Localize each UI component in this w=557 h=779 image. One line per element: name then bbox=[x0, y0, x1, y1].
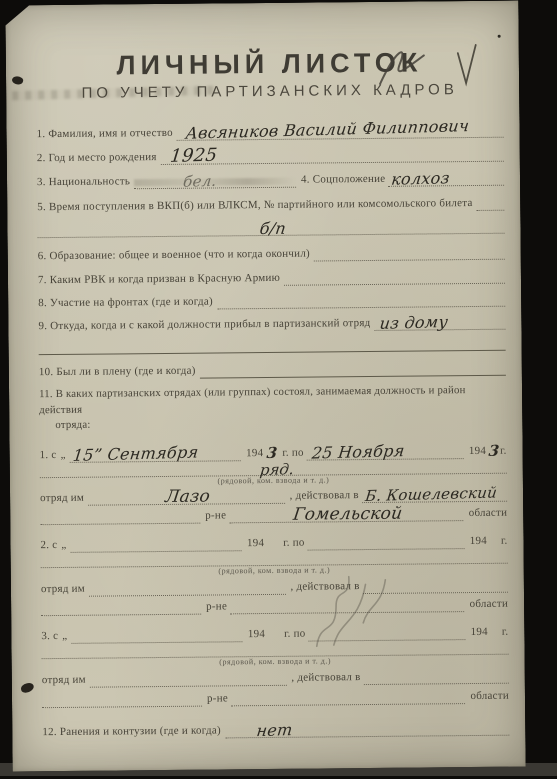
form-item-8: 8. Участие на фронтах (где и когда) bbox=[38, 291, 505, 311]
year-prefix: 194 bbox=[242, 537, 267, 551]
fill-line bbox=[70, 535, 242, 553]
fill-line bbox=[39, 335, 506, 355]
form-item-11: 11. В каких партизанских отрядах (или гр… bbox=[39, 383, 506, 434]
label-wounds: 12. Ранения и контузии (где и когда) bbox=[42, 725, 225, 741]
year-to-label: г. по bbox=[277, 447, 307, 461]
value-wounds: нет bbox=[255, 720, 293, 741]
value-birth-year: 1925 bbox=[169, 144, 218, 168]
label-arrival-origin: 9. Откуда, когда и с какой должности при… bbox=[38, 317, 374, 334]
unit-entry-name-row: отряд им , действовал в bbox=[42, 668, 509, 688]
scan-paper: ЛИЧНЫЙ ЛИСТОК ПО УЧЕТУ ПАРТИЗАНСКИХ КАДР… bbox=[5, 1, 525, 772]
open-quote: „ bbox=[62, 630, 71, 644]
fill-line bbox=[40, 508, 200, 526]
form-item-5-continuation: б/п bbox=[37, 218, 504, 238]
unit-prefix-label: отряд им bbox=[41, 583, 89, 597]
unit-entry-district-row: р-не области bbox=[41, 596, 508, 616]
label-captivity: 10. Был ли в плену (где и когда) bbox=[39, 365, 200, 380]
fill-line: б/п bbox=[37, 218, 504, 238]
fill-line: 1925 bbox=[161, 146, 504, 165]
fill-line bbox=[89, 579, 286, 597]
fill-line bbox=[284, 268, 505, 286]
form-item-6: 6. Образование: общее и военное (что и к… bbox=[38, 244, 505, 264]
unit-prefix-label: отряд им bbox=[40, 492, 88, 506]
fill-line: колхоз bbox=[388, 170, 504, 187]
value-party-status: б/п bbox=[258, 219, 287, 239]
fill-line bbox=[314, 244, 505, 262]
bleed-through-scribble bbox=[296, 559, 437, 650]
open-quote: „ bbox=[60, 449, 69, 463]
fill-line bbox=[231, 688, 466, 706]
open-quote: „ bbox=[61, 539, 70, 553]
fill-line bbox=[217, 291, 505, 310]
value-unit-to-year-digit: 3 bbox=[488, 444, 500, 459]
form-item-1: 1. Фамилия, имя и отчество Авсяников Вас… bbox=[36, 122, 503, 142]
fill-line: 25 Ноября bbox=[307, 443, 464, 461]
region-label: области bbox=[464, 507, 508, 521]
form-item-2: 2. Год и место рождения 1925 bbox=[37, 146, 504, 166]
unit-entry-district-row: р-не Гомельской области bbox=[40, 505, 507, 525]
fill-line: Лазо bbox=[88, 488, 285, 506]
year-end-label: г. bbox=[501, 535, 508, 549]
unit-entry-district-row: р-не области bbox=[42, 688, 509, 708]
label-unit-history-line1: 11. В каких партизанских отрядах (или гр… bbox=[39, 383, 506, 419]
fill-line bbox=[90, 670, 287, 688]
value-unit-from-year-digit: 3 bbox=[266, 446, 278, 461]
form-item-12: 12. Ранения и контузии (где и когда) нет bbox=[42, 718, 509, 740]
fill-line bbox=[42, 691, 202, 709]
fill-line: бел. bbox=[134, 172, 296, 190]
value-unit-acted-in: Б. Кошелевский bbox=[364, 484, 498, 506]
fill-line bbox=[476, 195, 504, 211]
value-unit-rank: ряд. bbox=[259, 460, 295, 479]
check-v-mark bbox=[458, 45, 476, 83]
value-arrival-origin: из дому bbox=[379, 312, 450, 334]
form-content: ЛИЧНЫЙ ЛИСТОК ПО УЧЕТУ ПАРТИЗАНСКИХ КАДР… bbox=[5, 1, 525, 772]
region-label: области bbox=[465, 598, 509, 612]
form-item-7: 7. Каким РВК и когда призван в Красную А… bbox=[38, 268, 505, 288]
form-item-5: 5. Время поступления в ВКП(б) или ВЛКСМ,… bbox=[37, 195, 504, 215]
value-unit-district: Гомельской bbox=[292, 503, 404, 525]
fill-line bbox=[200, 360, 506, 379]
label-rvk-draft: 7. Каким РВК и когда призван в Красную А… bbox=[38, 272, 284, 288]
label-social-position: 4. Соцположение bbox=[296, 173, 389, 188]
label-party-entry: 5. Время поступления в ВКП(б) или ВЛКСМ,… bbox=[37, 197, 476, 215]
unit-entry-2: 2. с „ 194 г. по 194 г. (рядовой, ком. в… bbox=[40, 532, 508, 616]
value-unit-name: Лазо bbox=[164, 486, 212, 508]
scanned-document-page: { "document": { "title": "ЛИЧНЫЙ ЛИСТОК"… bbox=[0, 0, 557, 779]
year-prefix: 194 bbox=[464, 445, 489, 459]
unit-prefix-label: отряд им bbox=[42, 674, 90, 688]
label-unit-history-line2: отряда: bbox=[39, 414, 506, 434]
pen-stroke-marks bbox=[366, 35, 517, 106]
year-prefix: 194 bbox=[241, 447, 266, 461]
value-nationality: бел. bbox=[182, 172, 218, 192]
label-birth: 2. Год и место рождения bbox=[37, 151, 161, 166]
unit-entry-1: 1. с „ 15” Сентября 194 3 г. по 25 Ноябр… bbox=[40, 441, 508, 525]
value-social-position: колхоз bbox=[391, 168, 452, 190]
fill-line bbox=[41, 599, 201, 617]
label-nationality: 3. Национальность bbox=[37, 176, 134, 191]
fill-line bbox=[308, 533, 465, 551]
entry-number: 3. с bbox=[41, 630, 62, 644]
label-full-name: 1. Фамилия, имя и отчество bbox=[37, 127, 177, 142]
fill-line: Гомельской bbox=[229, 505, 464, 523]
fill-line bbox=[71, 626, 243, 644]
label-front-participation: 8. Участие на фронтах (где и когда) bbox=[38, 296, 217, 311]
form-item-9-continuation bbox=[39, 335, 506, 355]
year-end-label: г. bbox=[502, 626, 509, 640]
year-end-label: г. bbox=[500, 445, 507, 459]
unit-entry-3: 3. с „ 194 г. по 194 г. (рядовой, ком. в… bbox=[41, 623, 509, 708]
fill-line: Авсяников Василий Филиппович bbox=[177, 122, 504, 141]
fill-line bbox=[363, 668, 508, 685]
unit-entry-name-row: отряд им Лазо , действовал в Б. Кошелевс… bbox=[40, 486, 507, 506]
acted-in-label: , действовал в bbox=[285, 489, 362, 503]
entry-number: 1. с bbox=[40, 449, 61, 463]
region-label: области bbox=[465, 690, 509, 704]
form-item-10: 10. Был ли в плену (где и когда) bbox=[39, 360, 506, 380]
district-label: р-не bbox=[201, 601, 230, 615]
district-label: р-не bbox=[202, 693, 231, 707]
entry-number: 2. с bbox=[40, 539, 61, 553]
year-prefix: 194 bbox=[466, 626, 491, 640]
year-prefix: 194 bbox=[465, 535, 490, 549]
label-education: 6. Образование: общее и военное (что и к… bbox=[38, 248, 314, 264]
year-prefix: 194 bbox=[243, 628, 268, 642]
value-full-name: Авсяников Василий Филиппович bbox=[185, 116, 471, 144]
fill-line: 15” Сентября bbox=[70, 445, 242, 463]
fill-line: Б. Кошелевский bbox=[362, 486, 507, 503]
year-to-label: г. по bbox=[278, 537, 308, 551]
form-item-3-4: 3. Национальность бел. 4. Соцположение к… bbox=[37, 170, 504, 190]
district-label: р-не bbox=[200, 510, 229, 524]
unit-entry-name-row: отряд им , действовал в bbox=[41, 577, 508, 597]
form-item-9: 9. Откуда, когда и с какой должности при… bbox=[38, 314, 505, 334]
fill-line: из дому bbox=[374, 314, 505, 331]
fill-line: нет bbox=[225, 720, 510, 739]
acted-in-label: , действовал в bbox=[286, 671, 363, 685]
